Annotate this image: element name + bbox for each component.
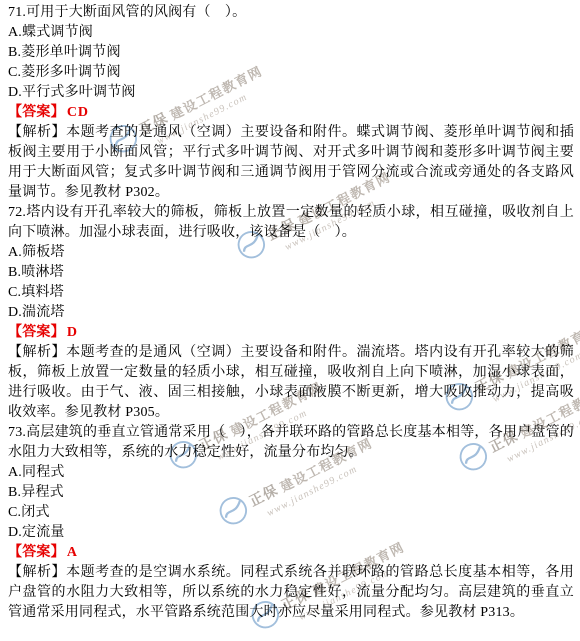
answer-value: CD (67, 105, 89, 120)
answer-line: 【答案】A (8, 543, 574, 563)
answer-line: 【答案】CD (8, 103, 574, 123)
option-c: C.菱形多叶调节阀 (8, 63, 574, 83)
answer-value: D (67, 325, 78, 340)
option-d: D.平行式多叶调节阀 (8, 83, 574, 103)
option-a: A.蝶式调节阀 (8, 23, 574, 43)
exam-document: 71.可用于大断面风管的风阀有（ ）。 A.蝶式调节阀 B.菱形单叶调节阀 C.… (0, 0, 580, 641)
question-73: 73.高层建筑的垂直立管通常采用（ ），各并联环路的管路总长度基本相等，各用户盘… (8, 423, 574, 623)
answer-value: A (67, 545, 78, 560)
option-d: D.湍流塔 (8, 303, 574, 323)
question-stem: 71.可用于大断面风管的风阀有（ ）。 (8, 3, 574, 23)
answer-label: 【答案】 (8, 545, 65, 560)
option-b: B.菱形单叶调节阀 (8, 43, 574, 63)
question-stem: 72.塔内设有开孔率较大的筛板，筛板上放置一定数量的轻质小球，相互碰撞，吸收剂自… (8, 203, 574, 243)
option-c: C.闭式 (8, 503, 574, 523)
question-stem: 73.高层建筑的垂直立管通常采用（ ），各并联环路的管路总长度基本相等，各用户盘… (8, 423, 574, 463)
option-c: C.填料塔 (8, 283, 574, 303)
answer-line: 【答案】D (8, 323, 574, 343)
answer-label: 【答案】 (8, 325, 65, 340)
option-a: A.筛板塔 (8, 243, 574, 263)
question-72: 72.塔内设有开孔率较大的筛板，筛板上放置一定数量的轻质小球，相互碰撞，吸收剂自… (8, 203, 574, 423)
analysis-text: 【解析】本题考查的是空调水系统。同程式系统各并联环路的管路总长度基本相等，各用户… (8, 563, 574, 623)
analysis-text: 【解析】本题考查的是通风（空调）主要设备和附件。蝶式调节阀、菱形单叶调节阀和插板… (8, 123, 574, 203)
analysis-text: 【解析】本题考查的是通风（空调）主要设备和附件。湍流塔。塔内设有开孔率较大的筛板… (8, 343, 574, 423)
option-b: B.喷淋塔 (8, 263, 574, 283)
option-b: B.异程式 (8, 483, 574, 503)
question-71: 71.可用于大断面风管的风阀有（ ）。 A.蝶式调节阀 B.菱形单叶调节阀 C.… (8, 3, 574, 203)
answer-label: 【答案】 (8, 105, 65, 120)
option-d: D.定流量 (8, 523, 574, 543)
option-a: A.同程式 (8, 463, 574, 483)
